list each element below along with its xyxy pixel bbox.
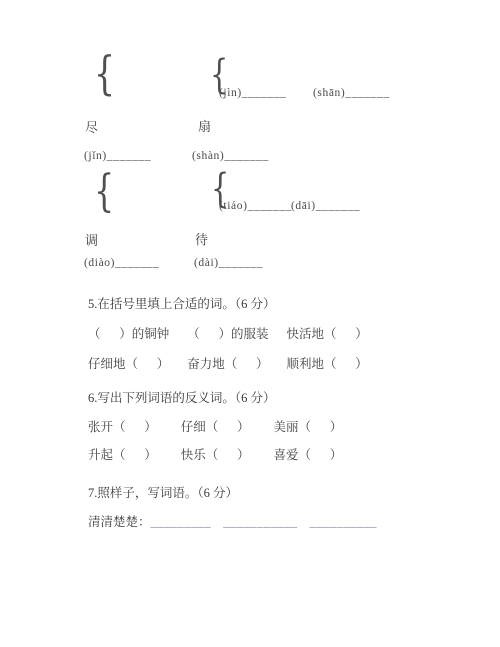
curly-brace-1: { [94, 50, 115, 96]
antonym-item: 升起（ ） [88, 445, 157, 463]
pinyin-shan1-blank: (shān)_______ [313, 87, 390, 99]
antonym-item: 喜爱（ ） [274, 445, 343, 463]
fill-blank-item: 奋力地（ ） [187, 354, 268, 372]
hanzi-shan: 扇 [198, 116, 211, 135]
question-7-title: 7.照样子，写词语。（6 分） [88, 483, 238, 501]
question-7-line: 清清楚楚： _________ ___________ __________ [88, 512, 389, 530]
antonym-item: 美丽（ ） [274, 417, 343, 435]
hanzi-dai: 待 [195, 229, 208, 248]
answer-blank-3: __________ [310, 515, 378, 530]
fill-blank-item: （ ）的服装 [187, 324, 268, 342]
example-word: 清清楚楚： [88, 512, 151, 530]
hanzi-jin: 尽 [85, 117, 98, 136]
fill-blank-item: 快活地（ ） [287, 324, 368, 342]
question-5-line-1: （ ）的铜钟 （ ）的服装 快活地（ ） [88, 324, 368, 342]
pinyin-dai1-blank: (dāi)_______ [291, 200, 360, 212]
hanzi-diao: 调 [85, 230, 98, 249]
pinyin-jin4-blank: (jìn)_______ [219, 87, 286, 99]
pinyin-jin3-blank: (jǐn)_______ [84, 150, 151, 162]
fill-blank-item: 顺利地（ ） [287, 354, 368, 372]
pinyin-diao4-blank: (diào)_______ [84, 257, 160, 269]
answer-blank-1: _________ [151, 515, 212, 530]
antonym-item: 张开（ ） [88, 417, 157, 435]
answer-blank-2: ___________ [223, 515, 297, 530]
question-6-title: 6.写出下列词语的反义词。（6 分） [88, 388, 276, 406]
question-6-line-1: 张开（ ） 仔细（ ） 美丽（ ） [88, 417, 342, 435]
question-5-line-2: 仔细地（ ） 奋力地（ ） 顺利地（ ） [88, 354, 368, 372]
worksheet-page: { { (jìn)_______ (shān)_______ 尽 扇 (jǐn)… [0, 0, 500, 647]
antonym-item: 快乐（ ） [181, 445, 250, 463]
fill-blank-item: 仔细地（ ） [88, 354, 169, 372]
pinyin-dai4-blank: (dài)_______ [194, 257, 263, 269]
pinyin-shan4-blank: (shàn)_______ [192, 150, 269, 162]
question-5-title: 5.在括号里填上合适的词。（6 分） [88, 294, 276, 312]
question-6-line-2: 升起（ ） 快乐（ ） 喜爱（ ） [88, 445, 342, 463]
antonym-item: 仔细（ ） [181, 417, 250, 435]
fill-blank-item: （ ）的铜钟 [88, 324, 169, 342]
pinyin-tiao2-blank: (tiáo)_______ [219, 200, 292, 212]
curly-brace-3: { [94, 170, 114, 214]
